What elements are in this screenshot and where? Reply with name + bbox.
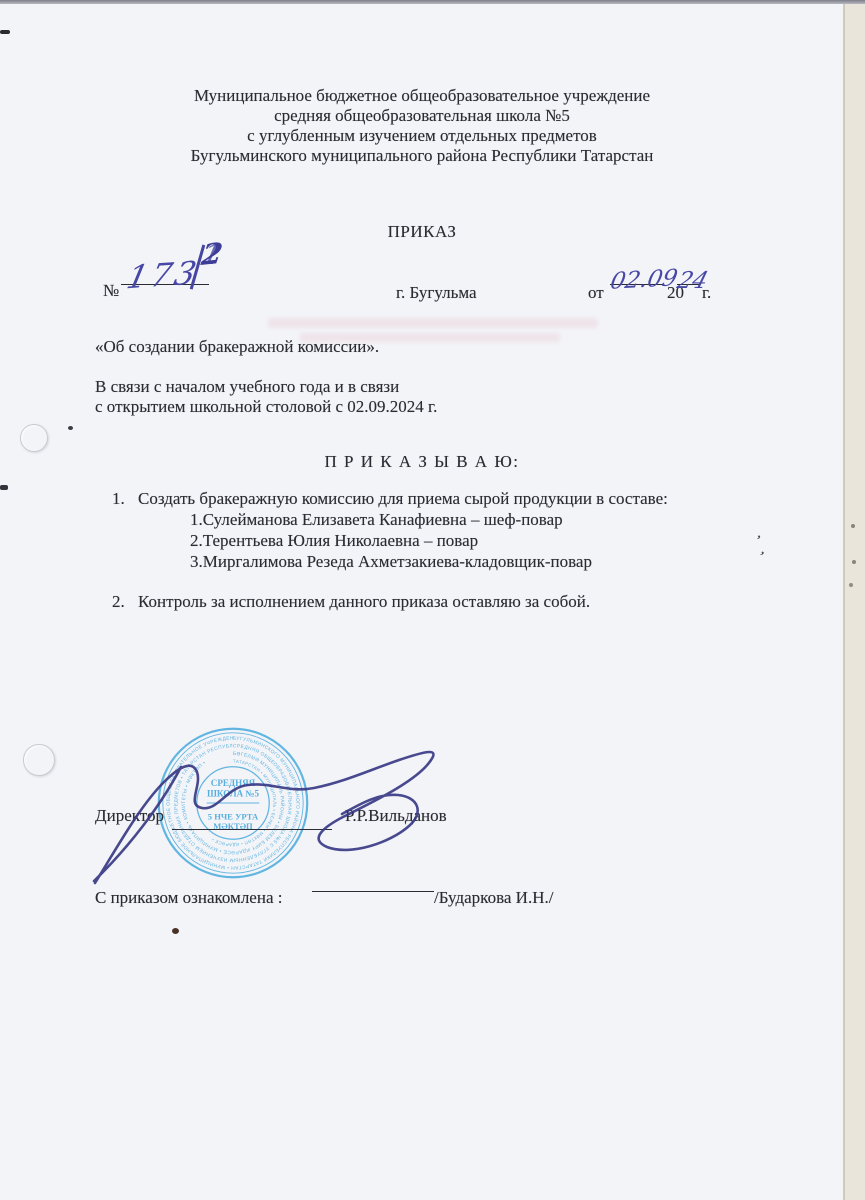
scanned-order-document: Муниципальное бюджетное общеобразователь… — [0, 0, 865, 1200]
order-item-1-text: Создать бракеражную комиссию для приема … — [138, 489, 668, 509]
commission-member-1: 1.Сулейманова Елизавета Канафиевна – шеф… — [190, 510, 563, 530]
date-prefix: от — [588, 283, 604, 303]
header-line-3: с углубленным изучением отдельных предме… — [0, 126, 844, 146]
order-title: ПРИКАЗ — [0, 222, 844, 242]
margin-speck — [851, 524, 855, 528]
commission-member-2: 2.Терентьева Юлия Николаевна – повар — [190, 531, 478, 551]
margin-speck — [849, 583, 853, 587]
scan-edge-mark — [0, 485, 8, 490]
preamble-line-1: В связи с началом учебного года и в связ… — [95, 377, 399, 397]
bleed-through-ghost-line — [268, 318, 598, 328]
scan-edge-mark — [0, 30, 10, 34]
subject-line: «Об создании бракеражной комиссии». — [95, 337, 379, 357]
margin-speck — [852, 560, 856, 564]
order-item-1-number: 1. — [112, 489, 125, 509]
paper-right-edge — [843, 0, 845, 1200]
acknowledgement-underline — [312, 890, 434, 892]
handwritten-order-number: 173 — [123, 254, 203, 297]
header-line-1: Муниципальное бюджетное общеобразователь… — [0, 86, 844, 106]
city-label: г. Бугульма — [396, 283, 477, 303]
hole-punch-mark — [23, 744, 55, 776]
scan-top-edge — [0, 0, 865, 4]
ink-speck — [172, 928, 179, 934]
order-item-2-number: 2. — [112, 592, 125, 612]
order-item-2-text: Контроль за исполнением данного приказа … — [138, 592, 590, 612]
ink-speck — [68, 426, 73, 430]
order-number-label: № — [103, 281, 119, 301]
acknowledgement-name: /Бударкова И.Н./ — [434, 888, 553, 908]
preamble-line-2: с открытием школьной столовой с 02.09.20… — [95, 397, 437, 417]
date-suffix: г. — [702, 283, 711, 303]
acknowledgement-label: С приказом ознакомлена : — [95, 888, 282, 908]
commission-member-3: 3.Миргалимова Резеда Ахметзакиева-кладов… — [190, 552, 592, 572]
header-line-2: средняя общеобразовательная школа №5 — [0, 106, 844, 126]
header-line-4: Бугульминского муниципального района Рес… — [0, 146, 844, 166]
director-signature — [78, 728, 548, 908]
hole-punch-mark — [20, 424, 48, 452]
decree-heading: П Р И К А З Ы В А Ю: — [0, 452, 844, 472]
